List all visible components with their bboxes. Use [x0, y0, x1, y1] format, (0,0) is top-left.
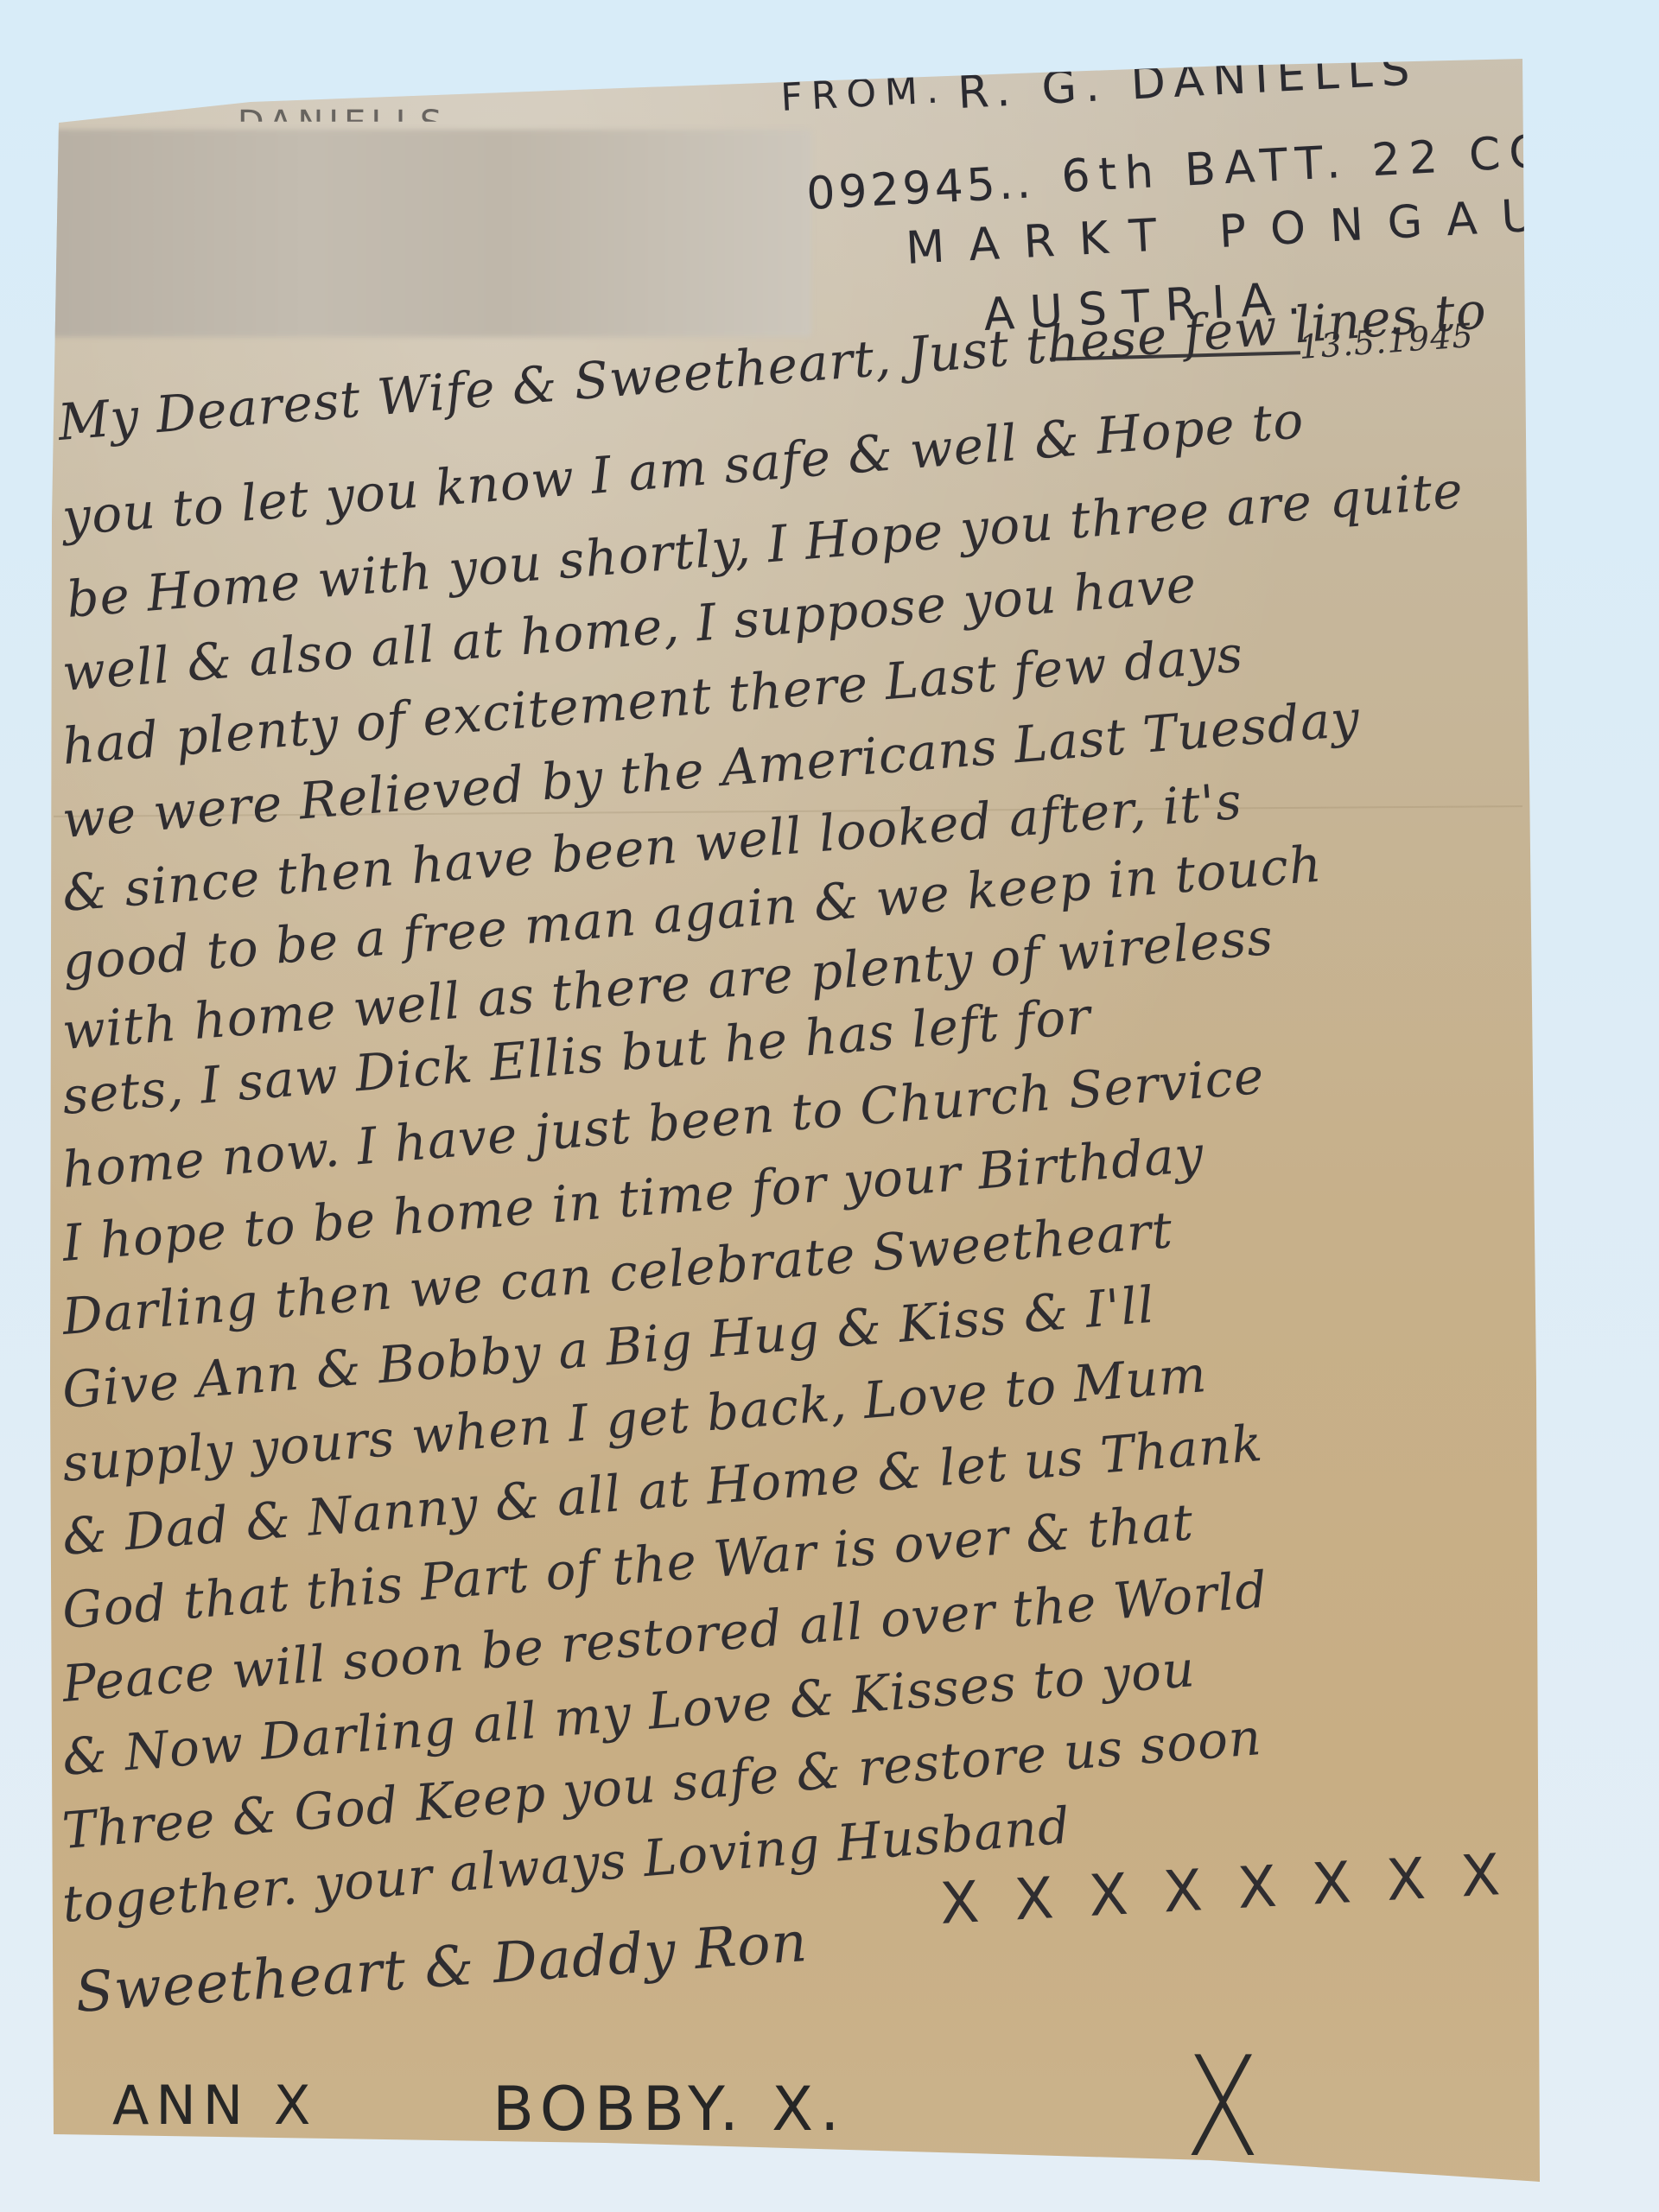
signature-name: Sweetheart & Daddy Ron: [73, 1910, 810, 2025]
letter-paper: ... DANIELLS FROM. R. G. DANIELLS 092945…: [0, 0, 1659, 2212]
service-number: 092945..: [805, 156, 1035, 220]
footer-bobby: BOBBY. X.: [493, 2074, 846, 2145]
redacted-address-block: [38, 130, 811, 337]
from-label: FROM.: [779, 67, 948, 120]
sender-name: R. G. DANIELLS: [957, 43, 1420, 119]
large-kiss-mark: X: [1185, 2026, 1261, 2188]
footer-ann: ANN X: [112, 2074, 317, 2137]
